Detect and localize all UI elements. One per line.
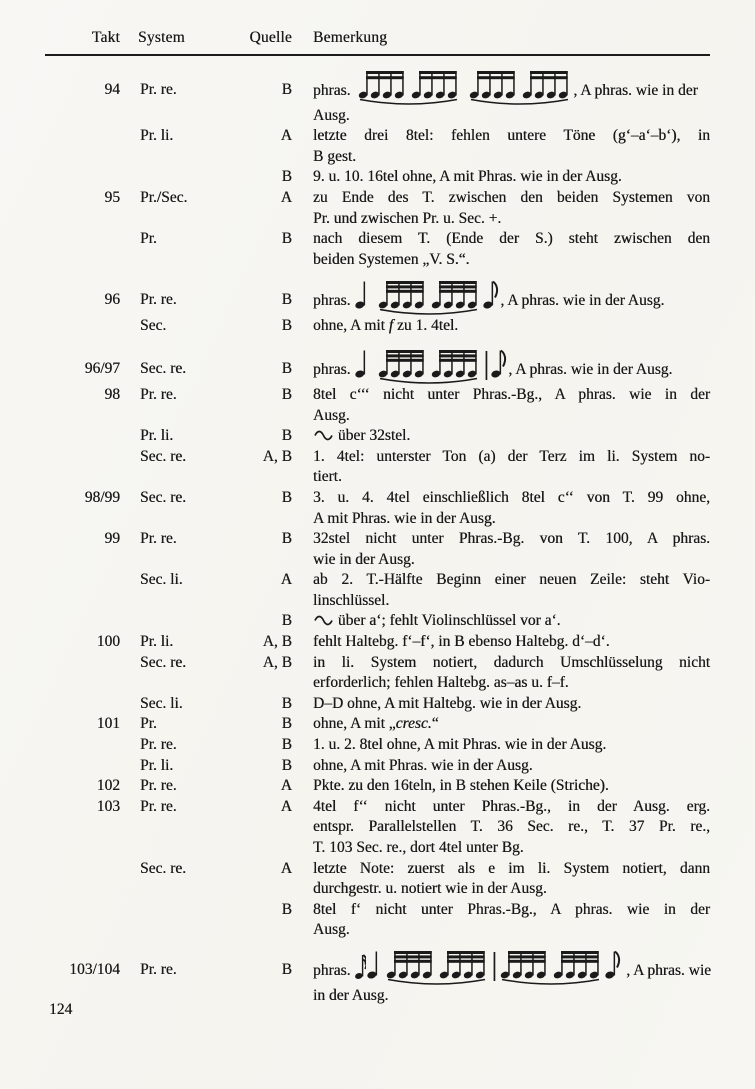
header-bemerkung: Bemerkung <box>292 28 710 49</box>
system-cell: Pr. li. <box>120 126 245 167</box>
takt-cell <box>45 426 120 447</box>
system-cell: Sec. li. <box>120 570 245 611</box>
bemerkung-line: durchgestr. u. notiert wie in der Ausg. <box>313 879 710 900</box>
takt-cell <box>45 570 120 611</box>
table-row: 103/104Pr. re.Bphras. , A phras. wiein d… <box>45 948 710 1007</box>
bemerkung-line: 1. u. 2. 8tel ohne, A mit Phras. wie in … <box>313 735 710 756</box>
system-cell: Sec. li. <box>120 694 245 715</box>
bemerkung-cell: ohne, A mit „cresc.“ <box>292 714 710 735</box>
quelle-cell: B <box>245 426 292 447</box>
takt-cell: 102 <box>45 776 120 797</box>
text-fragment: , A phras. wie in der <box>573 82 697 99</box>
bemerkung-line: zu Ende des T. zwischen den beiden Syste… <box>313 188 710 209</box>
bemerkung-line: 32stel nicht unter Phras.-Bg. von T. 100… <box>313 529 710 550</box>
quelle-cell: A <box>245 797 292 859</box>
text-fragment: zu 1. 4tel. <box>393 317 458 334</box>
bemerkung-line: ab 2. T.-Hälfte Beginn einer neuen Zeile… <box>313 570 710 591</box>
page: Takt System Quelle Bemerkung 94Pr. re.Bp… <box>0 0 755 1089</box>
bemerkung-line: entspr. Parallelstellen T. 36 Sec. re., … <box>313 817 710 838</box>
bemerkung-cell: ab 2. T.-Hälfte Beginn einer neuen Zeile… <box>292 570 710 611</box>
bemerkung-line: Pkte. zu den 16teln, in B stehen Keile (… <box>313 776 710 797</box>
text-fragment: , A phras. wie in der Ausg. <box>508 361 672 378</box>
table-row: Pr. li.Bohne, A mit Phras. wie in der Au… <box>45 756 710 777</box>
bemerkung-line: letzte drei 8tel: fehlen untere Töne (g‘… <box>313 126 710 147</box>
bemerkung-cell: phras. , A phras. wie in derAusg. <box>292 68 710 127</box>
quelle-cell: A <box>245 188 292 229</box>
text-fragment: ohne, A mit <box>313 317 389 334</box>
system-cell: Pr. li. <box>120 632 245 653</box>
takt-cell <box>45 900 120 941</box>
quelle-cell: B <box>245 529 292 570</box>
takt-cell <box>45 447 120 488</box>
table-row: B9. u. 10. 16tel ohne, A mit Phras. wie … <box>45 167 710 188</box>
text-fragment: “ <box>432 715 439 732</box>
table-row: Pr. re.B1. u. 2. 8tel ohne, A mit Phras.… <box>45 735 710 756</box>
bemerkung-line: phras. , A phras. wie in der Ausg. <box>313 347 710 385</box>
bemerkung-cell: zu Ende des T. zwischen den beiden Syste… <box>292 188 710 229</box>
system-cell: Sec. re. <box>120 488 245 529</box>
quelle-cell: A <box>245 126 292 167</box>
quelle-cell: B <box>245 735 292 756</box>
wave-ornament-icon <box>313 612 334 629</box>
table-row: Pr. li.B über 32stel. <box>45 426 710 447</box>
bemerkung-cell: 1. u. 2. 8tel ohne, A mit Phras. wie in … <box>292 735 710 756</box>
bemerkung-cell: fehlt Haltebg. f‘–f‘, in B ebenso Halteb… <box>292 632 710 653</box>
quelle-cell: A <box>245 570 292 611</box>
bemerkung-line: in li. System notiert, dadurch Umschlüss… <box>313 653 710 674</box>
table: Takt System Quelle Bemerkung 94Pr. re.Bp… <box>45 28 710 1007</box>
header-quelle: Quelle <box>245 28 292 49</box>
bemerkung-line: Ausg. <box>313 106 710 127</box>
wave-ornament-icon <box>313 427 334 444</box>
takt-cell: 99 <box>45 529 120 570</box>
bemerkung-cell: 4tel f‘‘ nicht unter Phras.-Bg., in der … <box>292 797 710 859</box>
bemerkung-line: wie in der Ausg. <box>313 550 710 571</box>
table-row: Pr. li.Aletzte drei 8tel: fehlen untere … <box>45 126 710 167</box>
table-row: 101Pr.Bohne, A mit „cresc.“ <box>45 714 710 735</box>
bemerkung-line: Ausg. <box>313 406 710 427</box>
system-cell: Pr. re. <box>120 948 245 1007</box>
table-row: Sec. li.BD–D ohne, A mit Haltebg. wie in… <box>45 694 710 715</box>
music-figure-f94-icon <box>354 82 573 99</box>
quelle-cell: B <box>245 278 292 316</box>
system-cell: Pr. re. <box>120 529 245 570</box>
bemerkung-cell: ohne, A mit Phras. wie in der Ausg. <box>292 756 710 777</box>
table-rows: 94Pr. re.Bphras. , A phras. wie in derAu… <box>45 68 710 1007</box>
table-row: Sec. re.A, B1. 4tel: unterster Ton (a) d… <box>45 447 710 488</box>
table-row: 95Pr./Sec.Azu Ende des T. zwischen den b… <box>45 188 710 229</box>
bemerkung-line: Ausg. <box>313 920 710 941</box>
quelle-cell: B <box>245 611 292 632</box>
takt-cell: 98 <box>45 385 120 426</box>
music-figure-f9697-icon <box>354 361 508 378</box>
text-fragment: über 32stel. <box>334 427 410 444</box>
takt-cell <box>45 126 120 167</box>
quelle-cell: B <box>245 385 292 426</box>
bemerkung-line: letzte Note: zuerst als e im li. System … <box>313 859 710 880</box>
bemerkung-cell: 1. 4tel: unterster Ton (a) der Terz im l… <box>292 447 710 488</box>
text-fragment: , A phras. wie in der Ausg. <box>500 292 664 309</box>
table-row: 99Pr. re.B32stel nicht unter Phras.-Bg. … <box>45 529 710 570</box>
system-cell: Pr. li. <box>120 756 245 777</box>
bemerkung-line: über a‘; fehlt Violinschlüssel vor a‘. <box>313 611 710 632</box>
table-row: Sec. li.Aab 2. T.-Hälfte Beginn einer ne… <box>45 570 710 611</box>
bemerkung-cell: Pkte. zu den 16teln, in B stehen Keile (… <box>292 776 710 797</box>
takt-cell <box>45 694 120 715</box>
bemerkung-line: B gest. <box>313 147 710 168</box>
text-fragment: phras. <box>313 962 354 979</box>
bemerkung-line: A mit Phras. wie in der Ausg. <box>313 509 710 530</box>
bemerkung-line: phras. , A phras. wie in der Ausg. <box>313 278 710 316</box>
bemerkung-line: 9. u. 10. 16tel ohne, A mit Phras. wie i… <box>313 167 710 188</box>
quelle-cell: B <box>245 714 292 735</box>
quelle-cell: B <box>245 756 292 777</box>
bemerkung-line: Pr. und zwischen Pr. u. Sec. +. <box>313 209 710 230</box>
bemerkung-cell: letzte drei 8tel: fehlen untere Töne (g‘… <box>292 126 710 167</box>
bemerkung-line: über 32stel. <box>313 426 710 447</box>
header-takt: Takt <box>45 28 120 49</box>
bemerkung-cell: 8tel f‘ nicht unter Phras.-Bg., A phras.… <box>292 900 710 941</box>
bemerkung-line: fehlt Haltebg. f‘–f‘, in B ebenso Halteb… <box>313 632 710 653</box>
takt-cell: 94 <box>45 68 120 127</box>
bemerkung-cell: 8tel c‘‘‘ nicht unter Phras.-Bg., A phra… <box>292 385 710 426</box>
takt-cell <box>45 611 120 632</box>
table-row: 102Pr. re.APkte. zu den 16teln, in B ste… <box>45 776 710 797</box>
bemerkung-line: 1. 4tel: unterster Ton (a) der Terz im l… <box>313 447 710 468</box>
bemerkung-line: ohne, A mit Phras. wie in der Ausg. <box>313 756 710 777</box>
text-fragment: über a‘; fehlt Violinschlüssel vor a‘. <box>334 612 561 629</box>
bemerkung-line: erforderlich; fehlen Haltebg. as–as u. f… <box>313 673 710 694</box>
bemerkung-cell: phras. , A phras. wie in der Ausg. <box>292 347 710 385</box>
text-fragment: phras. <box>313 82 354 99</box>
quelle-cell: B <box>245 229 292 270</box>
quelle-cell: B <box>245 347 292 385</box>
table-row: Sec.Bohne, A mit f zu 1. 4tel. <box>45 316 710 337</box>
system-cell: Pr. re. <box>120 278 245 316</box>
bemerkung-cell: phras. , A phras. wiein der Ausg. <box>292 948 711 1007</box>
system-cell: Sec. <box>120 316 245 337</box>
bemerkung-line: beiden Systemen „V. S.“. <box>313 250 710 271</box>
bemerkung-line: linschlüssel. <box>313 591 710 612</box>
system-cell <box>120 611 245 632</box>
quelle-cell: B <box>245 694 292 715</box>
quelle-cell: A, B <box>245 447 292 488</box>
table-row: 96Pr. re.Bphras. , A phras. wie in der A… <box>45 278 710 316</box>
bemerkung-line: ohne, A mit f zu 1. 4tel. <box>313 316 710 337</box>
bemerkung-line: 4tel f‘‘ nicht unter Phras.-Bg., in der … <box>313 797 710 818</box>
takt-cell: 103 <box>45 797 120 859</box>
system-cell: Sec. re. <box>120 347 245 385</box>
system-cell: Pr. re. <box>120 385 245 426</box>
bemerkung-cell: 3. u. 4. 4tel einschließlich 8tel c‘‘ vo… <box>292 488 710 529</box>
table-row: 100Pr. li.A, Bfehlt Haltebg. f‘–f‘, in B… <box>45 632 710 653</box>
quelle-cell: B <box>245 488 292 529</box>
takt-cell <box>45 735 120 756</box>
text-fragment: , A phras. wie <box>622 962 711 979</box>
table-row: B über a‘; fehlt Violinschlüssel vor a‘. <box>45 611 710 632</box>
table-row: Sec. re.Aletzte Note: zuerst als e im li… <box>45 859 710 900</box>
quelle-cell: A, B <box>245 632 292 653</box>
system-cell: Pr. re. <box>120 797 245 859</box>
takt-cell <box>45 653 120 694</box>
table-row: 103Pr. re.A4tel f‘‘ nicht unter Phras.-B… <box>45 797 710 859</box>
table-row: Pr.Bnach diesem T. (Ende der S.) steht z… <box>45 229 710 270</box>
bemerkung-line: phras. , A phras. wie in der <box>313 68 710 106</box>
quelle-cell: A <box>245 859 292 900</box>
system-cell: Pr. re. <box>120 68 245 127</box>
system-cell <box>120 900 245 941</box>
system-cell: Pr. <box>120 714 245 735</box>
takt-cell <box>45 859 120 900</box>
bemerkung-cell: in li. System notiert, dadurch Umschlüss… <box>292 653 710 694</box>
quelle-cell: A <box>245 776 292 797</box>
bemerkung-line: T. 103 Sec. re., dort 4tel unter Bg. <box>313 838 710 859</box>
quelle-cell: B <box>245 316 292 337</box>
takt-cell: 95 <box>45 188 120 229</box>
page-number: 124 <box>49 1000 72 1021</box>
takt-cell: 96 <box>45 278 120 316</box>
bemerkung-cell: nach diesem T. (Ende der S.) steht zwisc… <box>292 229 710 270</box>
table-row: Sec. re.A, Bin li. System notiert, dadur… <box>45 653 710 694</box>
takt-cell: 103/104 <box>45 948 120 1007</box>
header-rule <box>45 54 710 56</box>
quelle-cell: A, B <box>245 653 292 694</box>
table-row: B8tel f‘ nicht unter Phras.-Bg., A phras… <box>45 900 710 941</box>
bemerkung-cell: 32stel nicht unter Phras.-Bg. von T. 100… <box>292 529 710 570</box>
bemerkung-line: ohne, A mit „cresc.“ <box>313 714 710 735</box>
quelle-cell: B <box>245 167 292 188</box>
bemerkung-line: 3. u. 4. 4tel einschließlich 8tel c‘‘ vo… <box>313 488 710 509</box>
bemerkung-cell: 9. u. 10. 16tel ohne, A mit Phras. wie i… <box>292 167 710 188</box>
header-system: System <box>120 28 245 49</box>
bemerkung-cell: letzte Note: zuerst als e im li. System … <box>292 859 710 900</box>
system-cell: Pr./Sec. <box>120 188 245 229</box>
takt-cell: 96/97 <box>45 347 120 385</box>
takt-cell: 98/99 <box>45 488 120 529</box>
quelle-cell: B <box>245 900 292 941</box>
table-row: 94Pr. re.Bphras. , A phras. wie in derAu… <box>45 68 710 127</box>
bemerkung-cell: phras. , A phras. wie in der Ausg. <box>292 278 710 316</box>
system-cell <box>120 167 245 188</box>
quelle-cell: B <box>245 948 292 1007</box>
text-fragment: phras. <box>313 361 354 378</box>
italic-term: cresc. <box>396 715 432 732</box>
text-fragment: ohne, A mit „ <box>313 715 396 732</box>
takt-cell <box>45 229 120 270</box>
system-cell: Pr. <box>120 229 245 270</box>
system-cell: Sec. re. <box>120 859 245 900</box>
system-cell: Pr. li. <box>120 426 245 447</box>
music-figure-f103104-icon <box>354 962 622 979</box>
bemerkung-line: phras. , A phras. wie <box>313 948 711 986</box>
bemerkung-line: nach diesem T. (Ende der S.) steht zwisc… <box>313 229 710 250</box>
bemerkung-line: D–D ohne, A mit Haltebg. wie in der Ausg… <box>313 694 710 715</box>
system-cell: Pr. re. <box>120 735 245 756</box>
bemerkung-line: in der Ausg. <box>313 986 711 1007</box>
table-header: Takt System Quelle Bemerkung <box>45 28 710 49</box>
system-cell: Pr. re. <box>120 776 245 797</box>
bemerkung-cell: über 32stel. <box>292 426 710 447</box>
text-fragment: phras. <box>313 292 354 309</box>
system-cell: Sec. re. <box>120 447 245 488</box>
bemerkung-line: 8tel c‘‘‘ nicht unter Phras.-Bg., A phra… <box>313 385 710 406</box>
bemerkung-line: tiert. <box>313 467 710 488</box>
table-row: 98Pr. re.B8tel c‘‘‘ nicht unter Phras.-B… <box>45 385 710 426</box>
takt-cell <box>45 167 120 188</box>
bemerkung-cell: D–D ohne, A mit Haltebg. wie in der Ausg… <box>292 694 710 715</box>
bemerkung-cell: ohne, A mit f zu 1. 4tel. <box>292 316 710 337</box>
takt-cell <box>45 316 120 337</box>
bemerkung-line: 8tel f‘ nicht unter Phras.-Bg., A phras.… <box>313 900 710 921</box>
bemerkung-cell: über a‘; fehlt Violinschlüssel vor a‘. <box>292 611 710 632</box>
takt-cell: 101 <box>45 714 120 735</box>
table-row: 98/99Sec. re.B3. u. 4. 4tel einschließli… <box>45 488 710 529</box>
music-figure-f96-icon <box>354 292 500 309</box>
takt-cell <box>45 756 120 777</box>
system-cell: Sec. re. <box>120 653 245 694</box>
table-row: 96/97Sec. re.Bphras. , A phras. wie in d… <box>45 347 710 385</box>
takt-cell: 100 <box>45 632 120 653</box>
quelle-cell: B <box>245 68 292 127</box>
